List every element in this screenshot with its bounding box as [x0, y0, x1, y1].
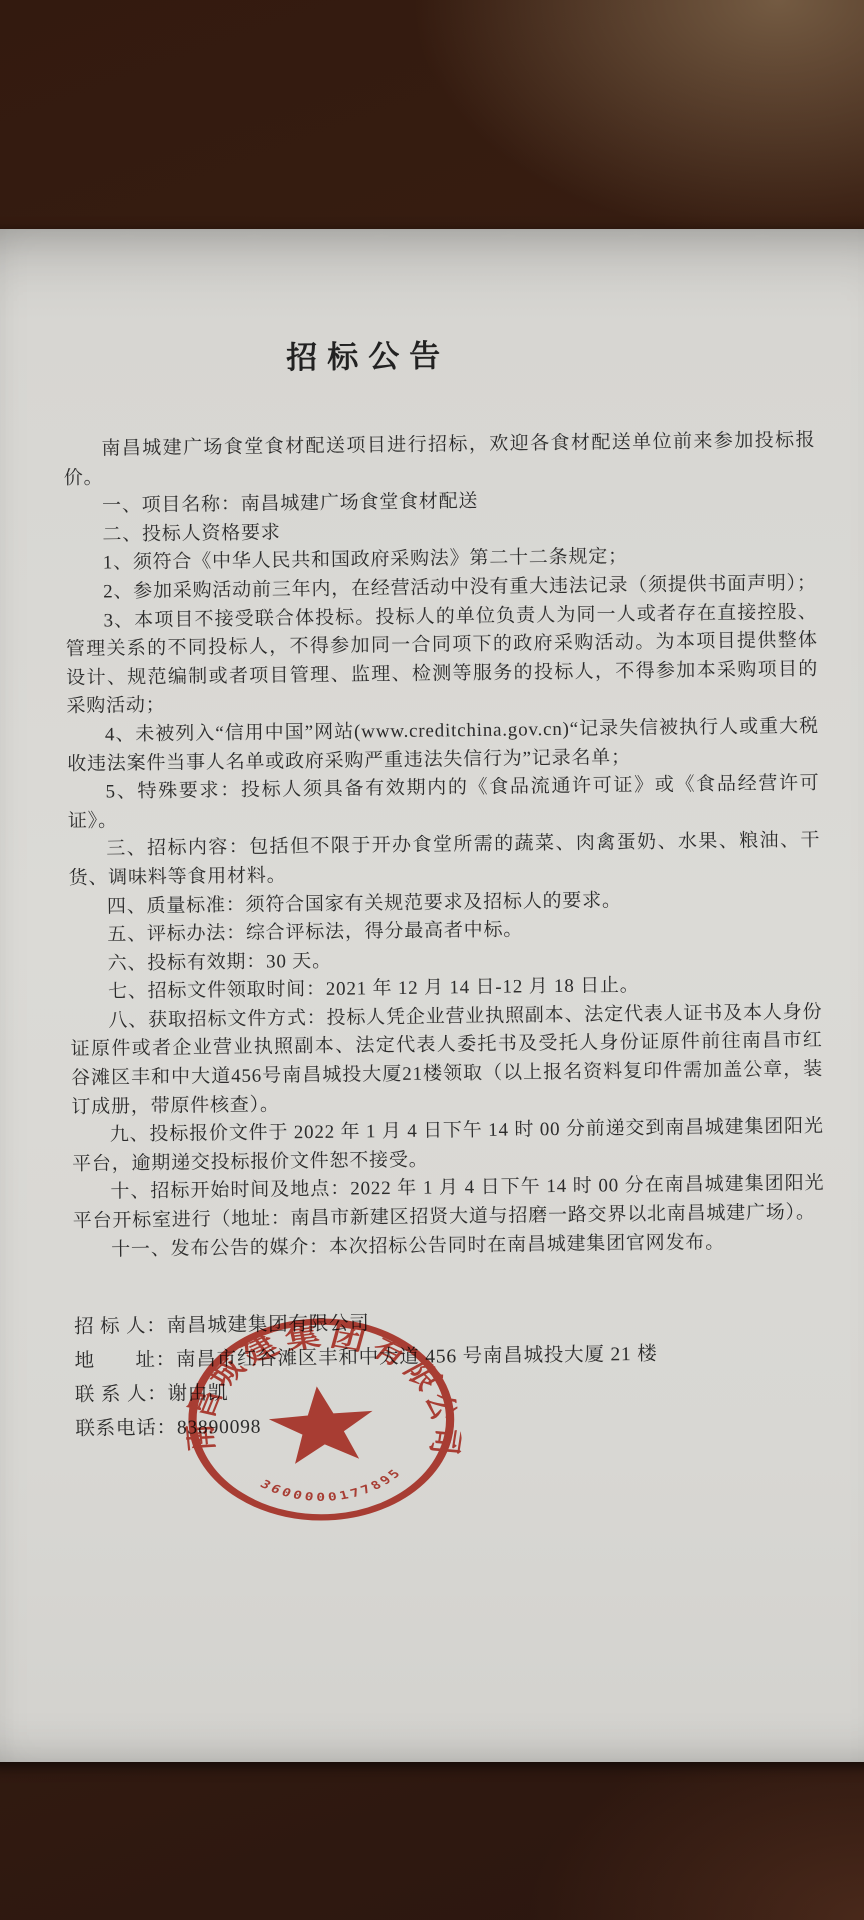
body-paragraph: 4、未被列入“信用中国”网站(www.creditchina.gov.cn)“记…	[67, 713, 820, 779]
contact-label: 联 系 人：	[75, 1384, 168, 1406]
body-paragraph: 3、本项目不接受联合体投标。投标人的单位负责人为同一人或者存在直接控股、管理关系…	[65, 598, 818, 722]
body-paragraph: 九、投标报价文件于 2022 年 1 月 4 日下午 14 时 00 分前递交到…	[72, 1113, 825, 1179]
body-paragraph: 三、招标内容：包括但不限于开办食堂所需的蔬菜、肉禽蛋奶、水果、粮油、干货、调味料…	[68, 827, 821, 893]
body-paragraph: 十、招标开始时间及地点：2022 年 1 月 4 日下午 14 时 00 分在南…	[72, 1170, 825, 1236]
body-paragraph: 八、获取招标文件方式：投标人凭企业营业执照副本、法定代表人证书及本人身份证原件或…	[70, 999, 823, 1123]
contact-value: 南昌市红谷滩区丰和中大道 456 号南昌城投大厦 21 楼	[176, 1344, 658, 1371]
contact-value: 谢由凯	[167, 1383, 228, 1405]
document-title: 招标公告	[62, 328, 675, 380]
contact-value: 83890098	[177, 1417, 262, 1439]
contact-label: 招 标 人：	[74, 1316, 167, 1338]
contact-value: 南昌城建集团有限公司	[167, 1314, 370, 1337]
document-paragraphs: 南昌城建广场食堂食材配送项目进行招标，欢迎各食材配送单位前来参加投标报价。 一、…	[63, 427, 825, 1265]
contact-block: 招 标 人：南昌城建集团有限公司 地 址：南昌市红谷滩区丰和中大道 456 号南…	[74, 1302, 828, 1447]
body-paragraph: 南昌城建广场食堂食材配送项目进行招标，欢迎各食材配送单位前来参加投标报价。	[63, 427, 816, 493]
contact-label: 联系电话：	[75, 1418, 177, 1440]
body-paragraph: 5、特殊要求：投标人须具备有效期内的《食品流通许可证》或《食品经营许可证》。	[67, 770, 820, 836]
document-body: 招标公告 南昌城建广场食堂食材配送项目进行招标，欢迎各食材配送单位前来参加投标报…	[62, 326, 828, 1447]
photo-of-document-on-desk: { "scene": { "background": "dark-wood-de…	[0, 0, 864, 1920]
contact-label: 地 址：	[74, 1350, 176, 1372]
